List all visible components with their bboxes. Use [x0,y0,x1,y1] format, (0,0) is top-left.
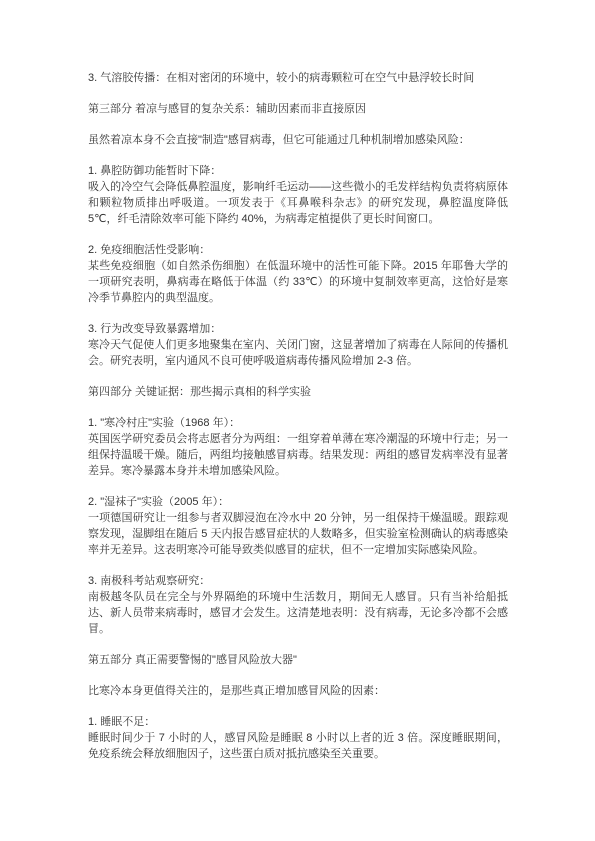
document-content: 3. 气溶胶传播：在相对密闭的环境中，较小的病毒颗粒可在空气中悬浮较长时间 第三… [88,70,508,777]
numbered-item-body: 某些免疫细胞（如自然杀伤细胞）在低温环境中的活性可能下降。2015 年耶鲁大学的… [88,258,508,306]
numbered-item-behavior-change: 3. 行为改变导致暴露增加： 寒冷天气促使人们更多地聚集在室内、关闭门窗，这显著… [88,321,508,369]
numbered-item-heading: 3. 行为改变导致暴露增加： [88,321,508,337]
numbered-item-body: 寒冷天气促使人们更多地聚集在室内、关闭门窗，这显著增加了病毒在人际间的传播机会。… [88,337,508,369]
numbered-item-nasal-defense: 1. 鼻腔防御功能暂时下降： 吸入的冷空气会降低鼻腔温度，影响纤毛运动——这些微… [88,163,508,227]
numbered-item-heading: 1. "寒冷村庄"实验（1968 年）： [88,415,508,431]
paragraph-part5-intro: 比寒冷本身更值得关注的，是那些真正增加感冒风险的因素： [88,683,508,699]
numbered-item-antarctic-station-study: 3. 南极科考站观察研究： 南极越冬队员在完全与外界隔绝的环境中生活数月，期间无… [88,573,508,637]
numbered-item-cold-village-experiment: 1. "寒冷村庄"实验（1968 年）： 英国医学研究委员会将志愿者分为两组：一… [88,415,508,479]
numbered-item-immune-cells: 2. 免疫细胞活性受影响： 某些免疫细胞（如自然杀伤细胞）在低温环境中的活性可能… [88,242,508,306]
numbered-item-body: 英国医学研究委员会将志愿者分为两组：一组穿着单薄在寒冷潮湿的环境中行走；另一组保… [88,431,508,479]
numbered-item-sleep-deficiency: 1. 睡眠不足： 睡眠时间少于 7 小时的人，感冒风险是睡眠 8 小时以上者的近… [88,714,508,762]
numbered-item-body: 吸入的冷空气会降低鼻腔温度，影响纤毛运动——这些微小的毛发样结构负责将病原体和颗… [88,179,508,227]
numbered-item-heading: 1. 睡眠不足： [88,714,508,730]
list-item-aerosol-transmission: 3. 气溶胶传播：在相对密闭的环境中，较小的病毒颗粒可在空气中悬浮较长时间 [88,70,508,86]
numbered-item-heading: 2. 免疫细胞活性受影响： [88,242,508,258]
numbered-item-wet-socks-experiment: 2. "湿袜子"实验（2005 年）： 一项德国研究让一组参与者双脚浸泡在冷水中… [88,494,508,558]
section-heading-part5: 第五部分 真正需要警惕的"感冒风险放大器" [88,652,508,668]
numbered-item-body: 一项德国研究让一组参与者双脚浸泡在冷水中 20 分钟，另一组保持干燥温暖。跟踪观… [88,510,508,558]
numbered-item-heading: 2. "湿袜子"实验（2005 年）： [88,494,508,510]
numbered-item-heading: 3. 南极科考站观察研究： [88,573,508,589]
numbered-item-heading: 1. 鼻腔防御功能暂时下降： [88,163,508,179]
document-page: 3. 气溶胶传播：在相对密闭的环境中，较小的病毒颗粒可在空气中悬浮较长时间 第三… [0,0,595,841]
paragraph-part3-intro: 虽然着凉本身不会直接"制造"感冒病毒，但它可能通过几种机制增加感染风险： [88,132,508,148]
numbered-item-body: 南极越冬队员在完全与外界隔绝的环境中生活数月，期间无人感冒。只有当补给船抵达、新… [88,589,508,637]
numbered-item-body: 睡眠时间少于 7 小时的人，感冒风险是睡眠 8 小时以上者的近 3 倍。深度睡眠… [88,730,508,762]
section-heading-part3: 第三部分 着凉与感冒的复杂关系：辅助因素而非直接原因 [88,101,508,117]
section-heading-part4: 第四部分 关键证据：那些揭示真相的科学实验 [88,384,508,400]
